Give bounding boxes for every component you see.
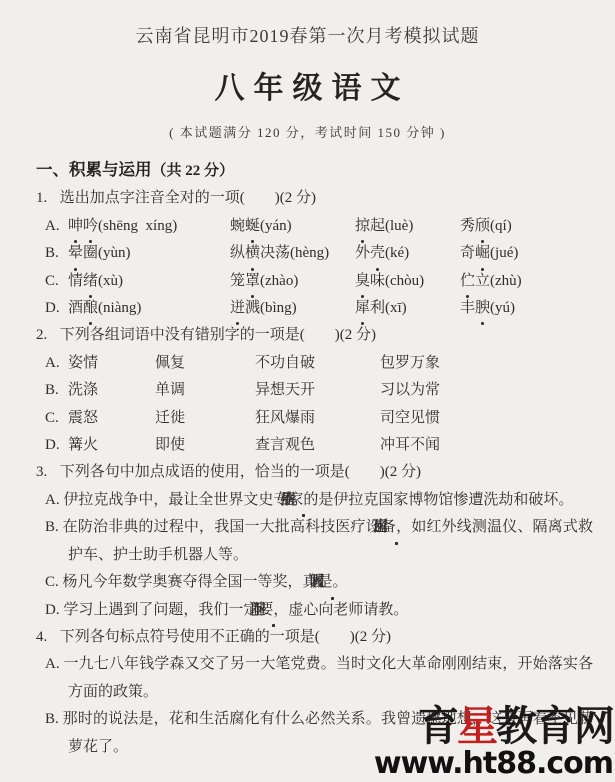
option-label: A. bbox=[45, 492, 63, 508]
question-number: 2. bbox=[36, 322, 56, 349]
dotted-char: 犀 bbox=[355, 295, 370, 322]
option-label: B. bbox=[45, 519, 63, 535]
dotted-char: 罩 bbox=[245, 268, 260, 295]
option-cell: 查言观色 bbox=[255, 432, 380, 459]
dotted-char: 崛 bbox=[475, 240, 490, 267]
questions-area: 1. 选出加点字注音全对的一项( )(2 分)A.呻吟(shēng xíng)蜿… bbox=[36, 185, 593, 761]
option-row: D.篝火即使查言观色冲耳不闻 bbox=[36, 432, 593, 459]
option-cell: 冲耳不闻 bbox=[380, 432, 593, 459]
watermark: 育星教育网 www.ht88.com bbox=[374, 704, 613, 780]
option-cell: 纵横决荡(hèng) bbox=[230, 240, 355, 267]
option-cell: 笼罩(zhào) bbox=[230, 268, 355, 295]
option-row: C.情绪(xù)笼罩(zhào)臭味(chòu)伫立(zhù) bbox=[36, 268, 593, 295]
option-cell: 佩复 bbox=[155, 350, 255, 377]
option-cell: 洗涤 bbox=[68, 377, 155, 404]
exam-info: ( 本试题满分 120 分，考试时间 150 分钟 ) bbox=[0, 122, 615, 141]
option-label: C. bbox=[45, 574, 63, 590]
question-number: 4. bbox=[36, 624, 56, 651]
watermark-name-part2: 教育网 bbox=[496, 702, 613, 750]
option-cell: 伫立(zhù) bbox=[460, 268, 593, 295]
question-q2: 2. 下列各组词语中没有错别字的一项是( )(2 分)A.姿情佩复不功自破包罗万… bbox=[36, 322, 593, 459]
exam-title: 云南省昆明市2019春第一次月考模拟试题 bbox=[0, 22, 615, 48]
option-cell: 蜿蜒(yán) bbox=[230, 213, 355, 240]
paper-header: 云南省昆明市2019春第一次月考模拟试题 八年级语文 ( 本试题满分 120 分… bbox=[0, 0, 615, 141]
option-cell: 外壳(ké) bbox=[355, 240, 460, 267]
option-row: C.震怒迁徙狂风爆雨司空见惯 bbox=[36, 405, 593, 432]
option-row: A.姿情佩复不功自破包罗万象 bbox=[36, 350, 593, 377]
option-label: D. bbox=[45, 432, 68, 459]
option-label: B. bbox=[45, 240, 68, 267]
section-points: （共 22 分） bbox=[152, 163, 235, 179]
option-cell: 震怒 bbox=[68, 405, 155, 432]
option-label: A. bbox=[45, 656, 63, 672]
option-label: A. bbox=[45, 213, 68, 240]
watermark-url: www.ht88.com bbox=[374, 748, 613, 780]
dotted-char: 迸 bbox=[230, 295, 245, 322]
dotted-char: 壳 bbox=[370, 240, 385, 267]
option-row: D.酒酿(niàng)迸溅(bìng)犀利(xī)丰腴(yú) bbox=[36, 295, 593, 322]
option-cell: 丰腴(yú) bbox=[460, 295, 593, 322]
dotted-char: 横 bbox=[245, 240, 260, 267]
option-cell: 篝火 bbox=[68, 432, 155, 459]
option-cell: 狂风爆雨 bbox=[255, 405, 380, 432]
dotted-char: 蜒 bbox=[245, 213, 260, 240]
option-cell: 单调 bbox=[155, 377, 255, 404]
option-paragraph: B. 在防治非典的过程中，我国一大批高科技医疗设备应运而生，如红外线测温仪、隔离… bbox=[36, 514, 593, 569]
question-stem: 1. 选出加点字注音全对的一项( )(2 分) bbox=[36, 185, 593, 212]
option-cell: 司空见惯 bbox=[380, 405, 593, 432]
question-q1: 1. 选出加点字注音全对的一项( )(2 分)A.呻吟(shēng xíng)蜿… bbox=[36, 185, 593, 322]
option-label: A. bbox=[45, 350, 68, 377]
option-cell: 即使 bbox=[155, 432, 255, 459]
option-cell: 晕圈(yùn) bbox=[68, 240, 230, 267]
option-label: D. bbox=[45, 295, 68, 322]
question-stem: 3. 下列各句中加点成语的使用，恰当的一项是( )(2 分) bbox=[36, 459, 593, 486]
dotted-char: 酿 bbox=[83, 295, 98, 322]
option-cell: 习以为常 bbox=[380, 377, 593, 404]
section-heading: 一、积累与运用（共 22 分） bbox=[36, 156, 593, 185]
dotted-char: 掠 bbox=[355, 213, 370, 240]
subject-title: 八年级语文 bbox=[0, 63, 615, 107]
option-cell: 迁徙 bbox=[155, 405, 255, 432]
option-row: A.呻吟(shēng xíng)蜿蜒(yán)掠起(luè)秀颀(qí) bbox=[36, 213, 593, 240]
section-title: 一、积累与运用 bbox=[36, 160, 152, 179]
option-cell: 情绪(xù) bbox=[68, 268, 230, 295]
option-label: C. bbox=[45, 405, 68, 432]
option-paragraph: D. 学习上遇到了问题，我们一定要不耻下问，虚心向老师请教。 bbox=[36, 597, 593, 624]
exam-paper-page: 云南省昆明市2019春第一次月考模拟试题 八年级语文 ( 本试题满分 120 分… bbox=[0, 0, 615, 782]
dotted-char: 绪 bbox=[83, 268, 98, 295]
option-cell: 呻吟(shēng xíng) bbox=[68, 213, 230, 240]
option-paragraph: A. 伊拉克战争中，最让全世界文史专家痛不欲生的是伊拉克国家博物馆惨遭洗劫和破坏… bbox=[36, 487, 593, 514]
option-label: B. bbox=[45, 377, 68, 404]
dotted-char: 伫 bbox=[460, 268, 475, 295]
option-cell: 掠起(luè) bbox=[355, 213, 460, 240]
question-stem: 2. 下列各组词语中没有错别字的一项是( )(2 分) bbox=[36, 322, 593, 349]
option-label: D. bbox=[45, 602, 63, 618]
option-cell: 酒酿(niàng) bbox=[68, 295, 230, 322]
dotted-char: 臭 bbox=[355, 268, 370, 295]
option-cell: 不功自破 bbox=[255, 350, 380, 377]
option-label: B. bbox=[45, 711, 63, 727]
watermark-name-red: 星 bbox=[457, 702, 496, 750]
option-row: B.洗涤单调异想天开习以为常 bbox=[36, 377, 593, 404]
option-label: C. bbox=[45, 268, 68, 295]
option-cell: 姿情 bbox=[68, 350, 155, 377]
dotted-char: 呻 bbox=[68, 213, 83, 240]
option-cell: 秀颀(qí) bbox=[460, 213, 593, 240]
option-paragraph: A. 一九七八年钱学森又交了另一大笔党费。当时文化大革命刚刚结束，开始落实各方面… bbox=[36, 651, 593, 706]
option-cell: 犀利(xī) bbox=[355, 295, 460, 322]
watermark-name-part1: 育 bbox=[418, 702, 457, 750]
dotted-char: 晕 bbox=[68, 240, 83, 267]
question-number: 3. bbox=[36, 459, 56, 486]
option-cell: 异想天开 bbox=[255, 377, 380, 404]
question-stem: 4. 下列各句标点符号使用不正确的一项是( )(2 分) bbox=[36, 624, 593, 651]
option-paragraph: C. 杨凡今年数学奥赛夺得全国一等奖，真是骇人听闻。 bbox=[36, 569, 593, 596]
question-number: 1. bbox=[36, 185, 56, 212]
dotted-char: 颀 bbox=[475, 213, 490, 240]
option-cell: 奇崛(jué) bbox=[460, 240, 593, 267]
option-row: B.晕圈(yùn)纵横决荡(hèng)外壳(ké)奇崛(jué) bbox=[36, 240, 593, 267]
dotted-char: 吟 bbox=[83, 213, 98, 240]
option-cell: 臭味(chòu) bbox=[355, 268, 460, 295]
question-q3: 3. 下列各句中加点成语的使用，恰当的一项是( )(2 分)A. 伊拉克战争中，… bbox=[36, 459, 593, 623]
option-cell: 包罗万象 bbox=[380, 350, 593, 377]
option-cell: 迸溅(bìng) bbox=[230, 295, 355, 322]
paper-content: 一、积累与运用（共 22 分） 1. 选出加点字注音全对的一项( )(2 分)A… bbox=[36, 156, 593, 761]
watermark-site-name: 育星教育网 bbox=[374, 704, 613, 748]
dotted-char: 腴 bbox=[475, 295, 490, 322]
